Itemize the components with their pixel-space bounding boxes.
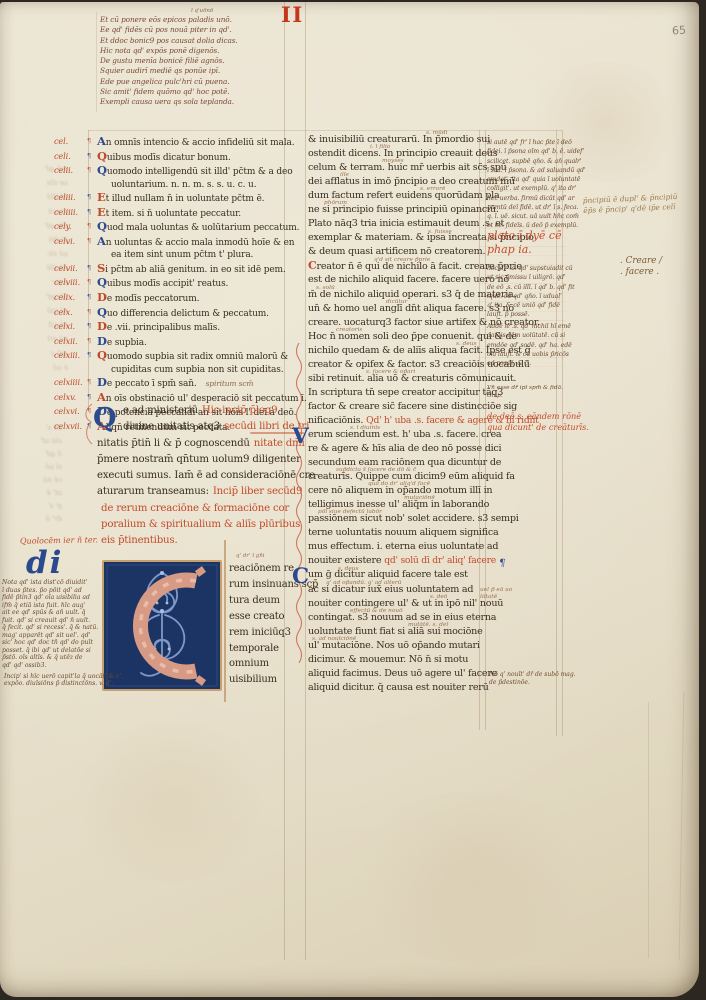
annotation-line: p̄stō. oīs altīs. & q̄ utēz de (2, 654, 100, 662)
gloss-line: lūtatē (480, 594, 512, 601)
parchment-stain (340, 792, 600, 962)
prologue-text: nitatis p̄tin̄ li & p̄ cognoscendū (97, 438, 250, 449)
chapter-text: uibus modīs dicatur bonum. (107, 153, 231, 163)
capitula-entry: celviii. ¶ Quibus modīs accipit' reatus. (54, 276, 306, 291)
bleed-through-text: dē s'aīa ut'ō qd'sī uōcē nāut' ēp' s'dr'… (2, 422, 62, 526)
chapter-title: Quo differencia delictum & peccatum. (97, 306, 269, 321)
top-note-gloss: ī q'uōnō (191, 8, 213, 14)
chapter-text: uo differencia delictum & peccatum. (107, 309, 269, 319)
line-text: & inuisibiliū creaturarū. In p̄mordio su… (308, 134, 490, 145)
chapter-text: uod mala uoluntas & uolūtarium peccatum. (107, 223, 299, 233)
interlinear-gloss: s. fuisse (428, 225, 452, 239)
chapter-initial: Q (97, 305, 107, 319)
gloss-line: de eō .s. cū illī. ī qd' b. qd' fit (487, 283, 567, 292)
annotation-line: ī duas p̄tes. p̄o pōit qd' ad (2, 587, 100, 595)
paragraph-mark-icon: ¶ (87, 320, 97, 335)
top-note-line: Exempli causa uera qs sola teplanda. (100, 97, 300, 107)
prologue-line: e ad ministeriūHic incip̄ p̄log9 (97, 403, 309, 419)
line-text: nouiter contingere ul' & ut in ipō nil' … (308, 598, 503, 609)
overflow-gloss: uel p̄ eā uolūtatē (480, 587, 512, 602)
interlinear-gloss: ille (340, 168, 349, 182)
prologue-text: executi sumus. Iam̄ ē ad consideraciōnē … (97, 470, 315, 481)
text-line: Plato nāq3 tria inicia estimauit deum .s… (308, 217, 494, 231)
prologue-text: diuine unitatis atq3 (123, 421, 220, 432)
interlinear-gloss: mutātē. s. deī (408, 618, 448, 632)
bleed-line: ue dīs (2, 176, 68, 190)
chapter-text: uomodo intelligendū sit illd' pc̄tm & a … (107, 167, 293, 177)
chapter-initial: D (97, 290, 107, 304)
bleed-line: aīa qd' (2, 219, 68, 233)
interlinear-gloss: pōī siue defectū labōr (318, 505, 382, 519)
ruling-line-horizontal (88, 130, 562, 131)
top-note-line: Ee qd' fidēs cū pos nouā piter in qd'. (100, 25, 300, 35)
prologue-line: de rerum creaciōne & formaciōne cor (97, 501, 309, 517)
bleed-line: sī uō (2, 461, 62, 474)
top-note-line: Sic amit' fidem quōmo qd' hoc potē. (100, 87, 300, 97)
chapter-text-line2: cupiditas cum supbia non sit cupiditas. (111, 364, 288, 377)
gloss-line: ī scā. ī p̄sona. & ad saluandū qd' (487, 166, 567, 175)
interlinear-gloss: phōrum (324, 196, 347, 210)
text-line: terne uoluntatis nouum aliquem significa (308, 526, 494, 540)
interlinear-gloss: s. solū (316, 281, 335, 295)
prologue-line: executi sumus. Iam̄ ē ad consideraciōnē … (97, 468, 309, 484)
gloss-block-a: si autē qd' fr' ī hac p̄te ī deōfidei. ī… (487, 138, 567, 231)
gloss-line: de p̄destinōe. (489, 679, 576, 687)
bleed-line: p' dēi (2, 233, 68, 247)
prologue-text: p̄mere nostram̄ qn̄tum uolum9 diligenter (97, 454, 301, 465)
interlinear-gloss: q' ad op̄andū. q' ad alterū (326, 576, 401, 590)
red-filigree-line (292, 343, 306, 663)
capitula-entry: celi. ¶ Quibus modīs dicatur bonum. (54, 150, 306, 165)
annotation-line: expōo. diuīsiōns p̄ distinctōns. v. d'. (4, 680, 114, 687)
line-initial: C (308, 259, 317, 272)
text-line: & inuisibiliū creaturarū. In p̄mordio su… (308, 133, 494, 147)
line-text: m̄ de nichilo aliquid operari. s3 q̄ de … (308, 289, 516, 300)
paragraph-mark-icon: ¶ (87, 349, 97, 376)
paragraph-mark-icon: ¶ (87, 135, 97, 150)
paragraph-mark-icon: ¶ (87, 191, 97, 206)
red-note-line: qua dicunt' de creāturīs. (487, 422, 589, 433)
bleed-line: ō qd' (2, 448, 62, 461)
chapter-initial: E (97, 205, 106, 219)
line-text: est de nichilo aliquid facere. facere ue… (308, 274, 509, 285)
text-line: aliquid dicitur. q̄ causa est nouiter re… (308, 681, 494, 695)
gloss-block-c: Addē lē .s. qd' nichil hī emēdatōis oēm … (487, 322, 567, 368)
chapter-text: e supbia. (107, 338, 147, 348)
chapter-initial: D (97, 375, 107, 389)
gloss-line: ad possē. & c'. (487, 359, 567, 368)
prologue-text: aturarum transeamus: (97, 486, 209, 497)
text-line: dei afflatus in imō p̄ncipio a deo creat… (308, 175, 494, 189)
ruling-line-vertical (96, 12, 97, 112)
chapter-initial: Q (97, 149, 107, 163)
gloss-line: emdōe qd' sodē. qd' ha. edē (487, 341, 567, 350)
text-line: aliquid facimus. Deus uō agere ul' facer… (308, 667, 494, 681)
capitula-entry: celiiii. ¶ Et item. si n̄ uoluntate pecc… (54, 206, 306, 221)
folio-number: 65 (672, 24, 687, 38)
gloss-red-line: plato ī dyē cē (487, 229, 562, 243)
chapter-number: cel. (54, 135, 87, 150)
chapter-text: n uoluntas & accio mala inmodū hoīe & en (106, 238, 295, 248)
interlinear-gloss: q' dr' ī gn̄i (236, 553, 265, 559)
line-text: dicimur. & mouemur. Nō n̄ si motu (308, 654, 468, 665)
line-text: aliquid dicitur. q̄ causa est nouiter re… (308, 682, 489, 693)
paragraph-mark-icon: ¶ (87, 206, 97, 221)
chapter-title: Quomodo intelligendū sit illd' pc̄tm & a… (97, 164, 292, 191)
text-line: exemplar & materiam. & ipsa increata si … (308, 231, 494, 245)
top-note-line: Ede pue angelica pulc'hri cū puena. (100, 77, 300, 87)
bleed-line: nā illē (2, 261, 68, 275)
chapter-initial: A (97, 234, 106, 248)
pen-extension-line (224, 540, 226, 702)
text-line: Verum sciendum est. h' uba .s. facere. c… (308, 428, 494, 442)
paragraph-mark-icon: ¶ (87, 276, 97, 291)
prologue-line: poralium & spiritualium & aliīs plūribus (97, 517, 309, 533)
interlinear-gloss: q'd sit creare p̄prie (374, 253, 430, 267)
text-line: un̄ & homo uel anglī dn̄t aliqua facere.… (308, 302, 494, 316)
rubric-text: de rerum creaciōne & formaciōne cor (101, 503, 289, 514)
line-text: Plato nāq3 tria inicia estimauit deum .s… (308, 218, 504, 229)
rubric-text: eis p̄tinentibus. (101, 535, 177, 546)
parchment-crease (648, 702, 649, 958)
text-line: Creator n̄ ē qui de nichilo ā facit. cre… (308, 259, 494, 273)
top-note-line: Et ddoc bonic9 pos causat dolia dicas. (100, 36, 300, 46)
chapter-text: t illud nullam n̄ in uoluntate pc̄tm ē. (106, 194, 265, 204)
line-text: aliquid facimus. Deus uō agere ul' facer… (308, 668, 497, 679)
chapter-initial: Q (97, 275, 107, 289)
bleed-line: dē s' (2, 422, 62, 435)
bleed-line: cū aīt (2, 318, 68, 332)
chapter-initial: A (97, 390, 106, 404)
chapter-title: Et illud nullam n̄ in uoluntate pc̄tm ē. (97, 191, 264, 206)
margin-note-line: . Creare / (620, 256, 662, 267)
interlinear-gloss: s. errorē (420, 182, 445, 196)
interlinear-gloss: s. deō (430, 590, 447, 604)
line-text: terne uoluntatis nouum aliquem significa (308, 527, 498, 538)
capitula-entry: celxiiii. ¶ De peccato ī spm̄ san̄.spiri… (54, 376, 306, 391)
bleed-line: cē illā (2, 190, 68, 204)
gloss-line: Gmp. (487, 393, 563, 401)
bleed-line: qd' s' (2, 347, 68, 361)
red-note-line: de deō.s. eāndem rōnē (487, 411, 589, 422)
bleed-line: aīa ut' (2, 435, 62, 448)
parchment-stain (60, 722, 280, 882)
bleed-line: ut' qd' (2, 290, 68, 304)
text-line: re & agere & hīs alia de deo nō posse di… (308, 442, 494, 456)
initial-side-line: uisibilium (229, 672, 303, 688)
gloss-line: hoc dr' .s. qd' supstuiadit cū (487, 264, 567, 273)
annotation-line: fuit. qd' si creauit qd' n̄ uult. (2, 617, 100, 625)
text-line: sibi retinuit. alia uō & creaturis cōmun… (308, 372, 494, 386)
interlinear-gloss: effectū & de nouō (350, 604, 403, 618)
gloss-line: hec uerba. firmū dicūt qd' ar (487, 194, 567, 203)
chapter-title: Quod mala uoluntas & uolūtarium peccatum… (97, 220, 299, 235)
text-line: nificaciōnis.Qd' h' uba .s. facere & age… (308, 414, 494, 428)
filigree-flourish (82, 402, 95, 446)
rubric-text: Incip̄ liber secūd9 (213, 486, 302, 497)
chapter-text: n omnīs intencio & accio infideliū sit m… (106, 138, 295, 148)
bleed-through-text: mō qd'ue dīscē illās' nrōaīa qd'p' dēiuō… (2, 162, 68, 375)
chapter-number: celxiiii. (54, 376, 87, 391)
chapter-text: e .vii. principalibus malīs. (107, 323, 220, 333)
text-line: ul' mutaciōne. Nos uō op̄ando mutari s. … (308, 639, 494, 653)
right-margin-note: p̄ncipiū ē dupl' & p̄ncipiūēp̄s ē p̄ncip… (583, 192, 678, 215)
chapter-text: i pc̄tm ab aliā genitum. in eo sit idē p… (105, 265, 285, 275)
main-text-column: & inuisibiliū creaturarū. In p̄mordio su… (308, 133, 494, 695)
interlinear-gloss: s. ī diuinīs (350, 421, 380, 435)
gloss-line: oīa lauft. & cū uobis p̄ricōs (487, 350, 567, 359)
chapter-title: Et item. si n̄ uoluntate peccatur. (97, 206, 241, 221)
manuscript-page: II 65 ī q'uōnō Et cū ponere eōs epicos p… (0, 2, 699, 997)
line-text: factor & creare sic̄ facere sine distinc… (308, 401, 517, 412)
chapter-initial: E (97, 190, 106, 204)
annotation-line: qd' qd' ossib3. (2, 662, 100, 670)
gloss-note: Vn̄ esse dr̄ ipī spm̄ & fidā.Gmp. (487, 385, 563, 400)
paragraph-mark-icon: ¶ (87, 335, 97, 350)
left-margin-annotation: Nota qd' ista dist'cō diuidit'ī duas p̄t… (2, 579, 100, 670)
rubric-text: poralium & spiritualium & aliīs plūribus (101, 519, 300, 530)
text-line: In scriptura tn̄ sepe creator accipitur … (308, 386, 494, 400)
paragraph-mark-icon: ¶ (87, 306, 97, 321)
interlinear-gloss: s. mūdi (426, 126, 447, 140)
chapter-initial: D (97, 334, 107, 348)
chapter-title: Quomodo supbia sit radix omniū malorū & … (97, 349, 288, 376)
prologue-line: aturarum transeamus:Incip̄ liber secūd9 (97, 484, 309, 500)
chapter-title: Quibus modīs accipit' reatus. (97, 276, 228, 291)
bleed-line: ē uō (2, 361, 68, 375)
interlinear-gloss: dicūtur (386, 295, 407, 309)
bleed-line: cē nā (2, 474, 62, 487)
annotation-line: ait ee qd' spūs & an̄ uult. q̄ (2, 609, 100, 617)
bleed-line: ē dr' (2, 276, 68, 290)
gloss-line: fidei. ī p̄sona oīm qd' b. ē. uidef' (487, 147, 567, 156)
chapter-initial: Q (97, 348, 107, 362)
text-line: contingat. s3 nouum ad se in eius eterna… (308, 611, 494, 625)
text-line: dicimur. & mouemur. Nō n̄ si motu (308, 653, 494, 667)
top-note-line: Hic nota qd' expōs ponē digenōs. (100, 46, 300, 56)
interlinear-gloss: s. deus (338, 562, 359, 576)
chapter-title: De supbia. (97, 335, 147, 350)
gloss-line: Nō q' nouīt' dr̄ de subō mag. (489, 671, 576, 679)
capitula-entry: celx. ¶ Quo differencia delictum & pecca… (54, 306, 306, 321)
bleed-line: dr' ō (2, 513, 62, 526)
annotation-line: q̄ fecit. qd' si recess'. q̄ & natū. (2, 624, 100, 632)
gloss-red-heading: plato ī dyē cēphap ia. (487, 229, 562, 256)
gloss-line: emdat'. ita qd' quia ī uoluntatē (487, 175, 567, 184)
prologue-block: e ad ministeriūHic incip̄ p̄log9 diuine … (97, 403, 309, 550)
gloss-line: iquē. cū qd' qn̄o. ī uduaļ' (487, 292, 567, 301)
text-line: celum & terram. huic mr̄ uerbis ait sc̄s… (308, 161, 494, 175)
chapter-initial: A (97, 134, 106, 148)
gloss-line: uel p̄ eā uo (480, 587, 512, 594)
gloss-line: lauft. p̄ possē. (487, 310, 567, 319)
gloss-line: Vn̄ esse dr̄ ipī spm̄ & fidā. (487, 385, 563, 393)
line-text: un̄ & homo uel anglī dn̄t aliqua facere.… (308, 303, 514, 314)
gloss-line: q. ī. uē. sicut. uā uult hn̄c com̄ (487, 212, 567, 221)
bleed-line: uō sīc (2, 247, 68, 261)
paragraph-mark-icon: ¶ (87, 150, 97, 165)
photo-backdrop: II 65 ī q'uōnō Et cū ponere eōs epicos p… (0, 0, 706, 1000)
text-line: nichilo quedam & de aliīs aliqua facit. … (308, 344, 494, 358)
top-note-line: De gustu menīa bonicē filiē agnōs. (100, 56, 300, 66)
capitula-entry: celxiii. ¶ Quomodo supbia sit radix omni… (54, 349, 306, 376)
interlinear-gloss: quā do dr' aliq'd facē (368, 477, 430, 491)
red-marginal-note: de deō.s. eāndem rōnēqua dicunt' de creā… (487, 411, 589, 432)
capitula-entry: cely. ¶ Quod mala uoluntas & uolūtarium … (54, 220, 306, 235)
gloss-line: si autē qd' fr' ī hac p̄te ī deō (487, 138, 567, 147)
gloss-red-line: phap ia. (487, 243, 562, 257)
paragraph-mark-icon: ¶ (87, 235, 97, 262)
rubric-text: Hic incip̄ p̄log9 (202, 405, 278, 416)
chapter-initial: S (97, 261, 105, 275)
chapter-text: e peccato ī spm̄ san̄. (107, 379, 197, 389)
chapter-title: Quibus modīs dicatur bonum. (97, 150, 231, 165)
gloss-line: datōis oēm uolūtatē. cū si (487, 331, 567, 340)
parchment-crease (679, 692, 685, 960)
bottom-gloss-note: Nō q' nouīt' dr̄ de subō mag.de p̄destin… (489, 671, 576, 687)
line-text: In scriptura tn̄ sepe creator accipitur … (308, 387, 503, 398)
interlinear-gloss: creatoris (336, 323, 362, 337)
annotation-line: Incip' si hīc uerō capit'la q̄ uocāt' & … (4, 673, 114, 680)
distinctio-marker: di (26, 545, 63, 581)
annotation-line: mag' apparēt qd' sit uel'. qd' (2, 632, 100, 640)
paragraph-mark-icon: ¶ (87, 262, 97, 277)
chapter-initial: Q (97, 163, 107, 177)
capitula-entry: celxi. ¶ De .vii. principalibus malīs. (54, 320, 306, 335)
text-line: cere nō aliquem in op̄ando motum illī in… (308, 484, 494, 498)
chapter-text-line2: ea item sint unum pc̄tm t' plura. (111, 249, 294, 262)
top-note-line: Squier audirī mediē qs ponūe ipī. (100, 66, 300, 76)
chapter-title: Si pc̄tm ab aliā genitum. in eo sit idē … (97, 262, 286, 277)
text-line: ne si principio fuisse principiū opinanc… (308, 203, 494, 217)
prologue-line: nitatis p̄tin̄ li & p̄ cognoscendūnitate… (97, 436, 309, 452)
chapter-title: De .vii. principalibus malīs. (97, 320, 220, 335)
capitula-entry: celii. ¶ Quomodo intelligendū sit illd' … (54, 164, 306, 191)
creare-facere-note: . Creare /. facere . (620, 256, 662, 278)
prologue-text: e ad ministeriū (123, 405, 198, 416)
capitula-list: cel. ¶ An omnīs intencio & accio infidel… (54, 135, 306, 434)
annotation-line: Nota qd' ista dist'cō diuidit' (2, 579, 100, 587)
annotation-line: posset. q̄ ibi qd' ut delatōe si (2, 647, 100, 655)
gloss-block-b: hoc dr' .s. qd' supstuiadit cūut sic p̄m… (487, 264, 567, 320)
chapter-text: e modīs peccatorum. (107, 294, 199, 304)
prologue-line: eis p̄tinentibus. (97, 533, 309, 549)
interlinear-gloss: s. ad nouīciōnē (312, 632, 356, 646)
line-text: erum sciendum est. h' uba .s. facere. cr… (308, 429, 501, 440)
gloss-line: q' ita. & cē uniō qd' fidē (487, 301, 567, 310)
capitula-entry: celiii. ¶ Et illud nullam n̄ in uoluntat… (54, 191, 306, 206)
chapter-title: De modīs peccatorum. (97, 291, 199, 306)
gloss-line: scilicet. supbē qn̄o. & an̄ qualr' (487, 157, 567, 166)
chapter-text: uomodo supbia sit radix omniū malorū & (107, 352, 288, 362)
bleed-line: nō erī (2, 332, 68, 346)
bleed-line: ut' ē (2, 487, 62, 500)
text-line: est de nichilo aliquid facere. facere ue… (308, 273, 494, 287)
interlinear-gloss: sup̄dicta s̄ facere de dō & c̄ (336, 463, 416, 477)
bleed-line: sē ipō (2, 304, 68, 318)
chapter-title: An uoluntas & accio mala inmodū hoīe & e… (97, 235, 294, 262)
gloss-line: colligit'. ut exemplū. q' ita dr' (487, 184, 567, 193)
annotation-line: ifm̄ q̄ etiā ista fuit. hīc aug' (2, 602, 100, 610)
rubric-inline: qd' solū dī dr' aliq' facere (384, 555, 496, 566)
text-line: factor & creare sic̄ facere sine distinc… (308, 400, 494, 414)
capitula-entry: celix. ¶ De modīs peccatorum. (54, 291, 306, 306)
bleed-line: p' s' (2, 500, 62, 513)
left-margin-extra-note: Incip' si hīc uerō capit'la q̄ uocāt' & … (4, 673, 114, 688)
interlinear-gloss: s. deus (456, 337, 477, 351)
chapter-text-line2: uoluntarium. n. n. m. s. s. u. c. u. (111, 179, 292, 192)
gloss-line: Addē lē .s. qd' nichil hī emē (487, 322, 567, 331)
paragraph-mark-icon: ¶ (87, 164, 97, 191)
gloss-line: gumtū deī fidē. ut dr' ī s. feca. (487, 203, 567, 212)
chapter-initial: Q (97, 219, 107, 233)
paragraph-mark-icon: ¶ (498, 558, 505, 570)
chapter-text: t item. si n̄ uoluntate peccatur. (106, 209, 241, 219)
chapter-initial: D (97, 319, 107, 333)
capitula-entry: celvii. ¶ Si pc̄tm ab aliā genitum. in e… (54, 262, 306, 277)
capitula-entry: cel. ¶ An omnīs intencio & accio infidel… (54, 135, 306, 150)
text-line: mus effectum. i. eterna eius uoluntate a… (308, 540, 494, 554)
text-line: nouiter existereqd' solū dī dr' aliq' fa… (308, 554, 494, 568)
bleed-line: s' nrō (2, 205, 68, 219)
line-text: re & agere & hīs alia de deo nō posse di… (308, 443, 501, 454)
interlinear-gloss: i. ī filio (370, 140, 390, 154)
capitula-entry: celxii. ¶ De supbia. (54, 335, 306, 350)
interlinear-gloss: moyses (382, 154, 404, 168)
annotation-line: fidē p̄tin3 qd' oīa uisibilia ad (2, 594, 100, 602)
paragraph-mark-icon: ¶ (87, 220, 97, 235)
paragraph-mark-icon: ¶ (87, 376, 97, 391)
annotation-line: sic' hoc qd' doc tn̄ qd' do puīt (2, 639, 100, 647)
chapter-text: uibus modīs accipit' reatus. (107, 279, 228, 289)
interlinear-gloss: mutaciōnē (404, 491, 435, 505)
margin-note-line: . facere . (620, 267, 662, 278)
capitula-entry: celvi. ¶ An uoluntas & accio mala inmodū… (54, 235, 306, 262)
chapter-title: An omnīs intencio & accio infideliū sit … (97, 135, 294, 150)
line-text: mus effectum. i. eterna eius uoluntate a… (308, 541, 498, 552)
gloss-line: ut sic p̄missu ī uiligrō. qd' (487, 273, 567, 282)
prologue-line: p̄mere nostram̄ qn̄tum uolum9 diligenter (97, 452, 309, 468)
line-initial: V (292, 426, 308, 448)
text-line: passiōnem sicut nob' solet accidere. s3 … (308, 512, 494, 526)
paragraph-mark-icon: ¶ (87, 291, 97, 306)
chapter-addition: spiritum scm̄ (206, 379, 254, 388)
text-line: ac si dicatur iux̄ eius uoluntatem ad q'… (308, 583, 494, 597)
top-note-block: Et cū ponere eōs epicos paladis unō.Ee q… (100, 15, 300, 108)
line-initial: C (292, 566, 309, 588)
bleed-line: mō qd' (2, 162, 68, 176)
line-text: celum & terram. huic mr̄ uerbis ait sc̄s… (308, 162, 507, 173)
top-note-line: Et cū ponere eōs epicos paladis unō. (100, 15, 300, 25)
chapter-title: De peccato ī spm̄ san̄.spiritum scm̄ (97, 376, 253, 391)
interlinear-gloss: s. facere & op̄ari (366, 365, 415, 379)
